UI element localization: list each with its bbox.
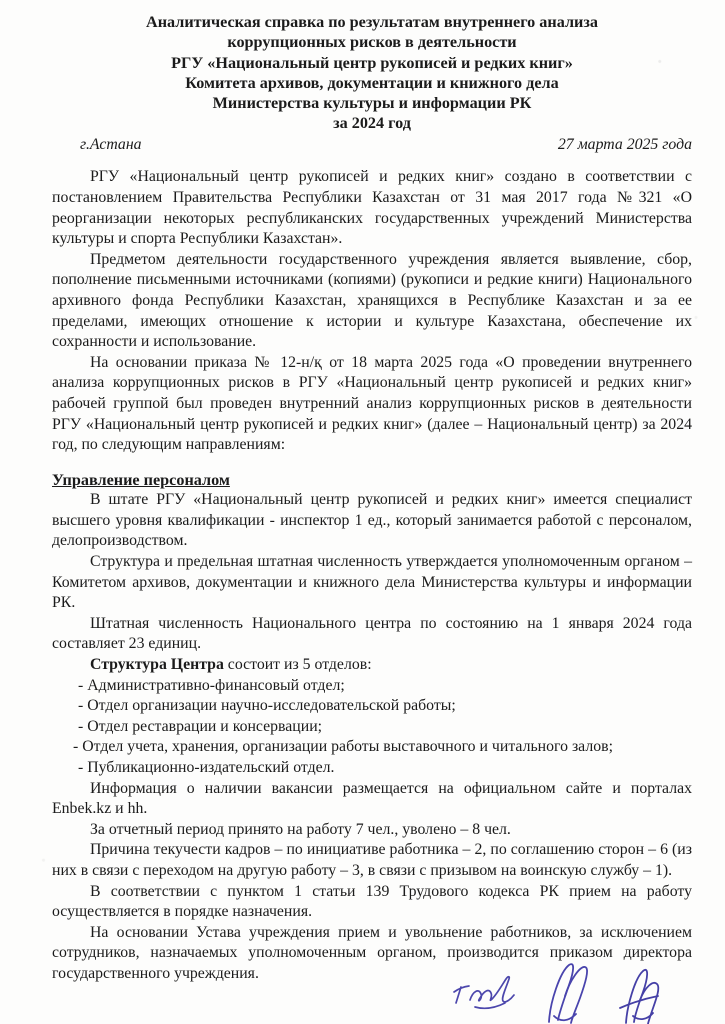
title-line: РГУ «Национальный центр рукописей и редк… — [52, 53, 692, 73]
paragraph: В штате РГУ «Национальный центр рукописе… — [52, 490, 692, 552]
section-heading: Управление персоналом — [52, 470, 692, 491]
structure-lead: Структура Центра — [90, 656, 224, 673]
paragraph: В соответствии с пунктом 1 статьи 139 Тр… — [52, 882, 692, 923]
signatures-svg — [430, 958, 700, 1024]
document-page: Аналитическая справка по результатам вну… — [0, 0, 725, 1024]
dept-list-item: - Отдел организации научно-исследователь… — [52, 696, 692, 717]
title-line: Комитета архивов, документации и книжног… — [52, 73, 692, 93]
title-line: коррупционных рисков в деятельности — [52, 32, 692, 52]
dateline: г.Астана 27 марта 2025 года — [52, 135, 692, 156]
place-label: г.Астана — [80, 135, 142, 156]
title-line: Аналитическая справка по результатам вну… — [52, 12, 692, 32]
dept-list-item: - Отдел учета, хранения, организации раб… — [52, 737, 692, 758]
paragraph: На основании приказа № 12-н/қ от 18 март… — [52, 353, 692, 456]
department-list: - Административно-финансовый отдел; - От… — [52, 676, 692, 779]
signatures — [430, 958, 700, 1024]
paragraph: За отчетный период принято на работу 7 ч… — [52, 820, 692, 841]
dept-list-item: - Административно-финансовый отдел; — [52, 676, 692, 697]
signature-2 — [549, 964, 587, 1023]
dept-list-item: - Отдел реставрации и консервации; — [52, 717, 692, 738]
signature-1 — [454, 977, 514, 1009]
structure-rest: состоит из 5 отделов: — [224, 656, 372, 673]
paragraph: Причина текучести кадров – по инициативе… — [52, 840, 692, 881]
paragraph: РГУ «Национальный центр рукописей и редк… — [52, 167, 692, 249]
date-label: 27 марта 2025 года — [558, 135, 692, 156]
paragraph: Предметом деятельности государственного … — [52, 250, 692, 353]
paragraph: Структура и предельная штатная численнос… — [52, 552, 692, 614]
paragraph: Информация о наличии вакансии размещаетс… — [52, 779, 692, 820]
paragraph-structure: Структура Центра состоит из 5 отделов: — [52, 655, 692, 676]
doc-body: РГУ «Национальный центр рукописей и редк… — [52, 167, 692, 984]
doc-title: Аналитическая справка по результатам вну… — [52, 12, 692, 134]
signature-3 — [620, 970, 658, 1024]
dept-list-item: - Публикационно-издательский отдел. — [52, 758, 692, 779]
title-line: за 2024 год — [52, 113, 692, 133]
title-line: Министерства культуры и информации РК — [52, 93, 692, 113]
paragraph: Штатная численность Национального центра… — [52, 614, 692, 655]
